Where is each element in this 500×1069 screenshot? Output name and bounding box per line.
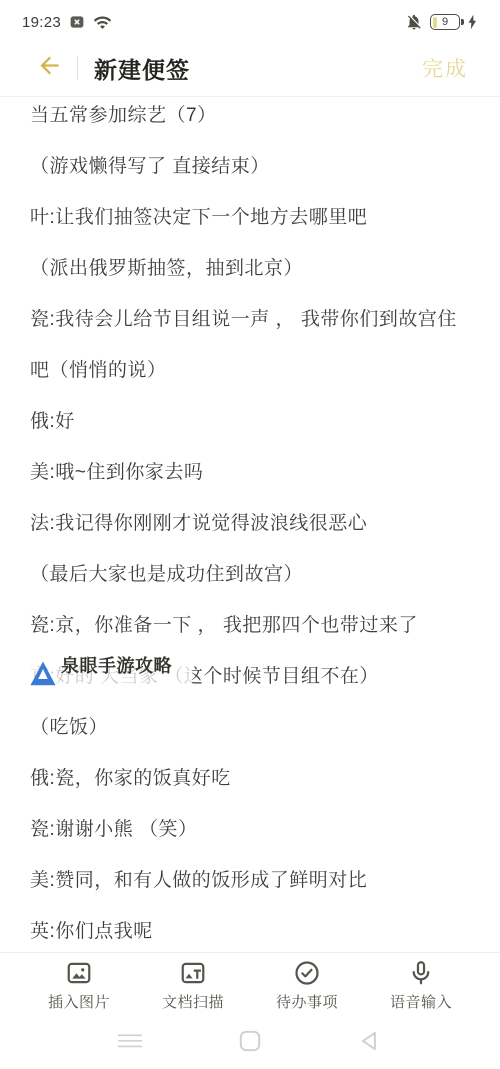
insert-image-icon [65,959,93,987]
editor-toolbar: 插入图片 文档扫描 待办事项 语音输入 [0,952,500,1013]
note-line[interactable]: 瓷:京，你准备一下 ， 我把那四个也带过来了 [30,600,470,651]
note-line[interactable]: 俄:好 [30,396,470,447]
battery-level: 9 [442,17,448,28]
watermark-text: 泉眼手游攻略 [61,652,172,678]
quanyan-logo-icon [28,659,58,694]
note-line[interactable]: 美:哦~住到你家去吗 [30,447,470,498]
tool-label: 待办事项 [276,991,338,1012]
tool-label: 文档扫描 [162,991,224,1012]
voice-input-icon [407,959,435,987]
note-line[interactable]: （最后大家也是成功住到故宫） [30,549,470,600]
clock-time: 19:23 [22,14,61,31]
note-line[interactable]: 吧（悄悄的说） [30,345,470,396]
page-title: 新建便签 [94,52,190,85]
home-icon[interactable] [237,1028,263,1054]
tool-label: 插入图片 [48,991,110,1012]
todo-button[interactable]: 待办事项 [250,959,364,1013]
header-divider [77,56,78,80]
insert-image-button[interactable]: 插入图片 [22,959,136,1013]
charging-bolt-icon [467,14,478,30]
document-scan-icon [179,959,207,987]
battery-icon: 9 [430,14,460,30]
note-header: 新建便签 完成 [0,40,500,97]
notifications-off-icon [405,13,423,31]
note-line[interactable]: 法:我记得你刚刚才说觉得波浪线很恶心 [30,498,470,549]
note-line[interactable]: 俄:瓷，你家的饭真好吃 [30,753,470,804]
android-nav-bar [0,1013,500,1069]
note-line[interactable]: （游戏懒得写了 直接结束） [30,141,470,192]
done-button[interactable]: 完成 [422,53,468,83]
note-line[interactable]: 叶:让我们抽签决定下一个地方去哪里吧 [30,192,470,243]
note-line[interactable]: （派出俄罗斯抽签，抽到北京） [30,243,470,294]
status-bar: 19:23 9 [0,0,500,40]
wifi-icon [93,13,112,32]
note-line[interactable]: 当五常参加综艺（7） [30,90,470,141]
nav-back-icon[interactable] [357,1028,383,1054]
note-line[interactable]: 英:你们点我呢 [30,906,470,952]
tool-label: 语音输入 [390,991,452,1012]
new-note-screen: 19:23 9 新建 [0,0,500,1069]
document-scan-button[interactable]: 文档扫描 [136,959,250,1013]
menu-icon[interactable] [117,1028,143,1054]
watermark: 泉眼手游攻略 [28,648,172,694]
note-line[interactable]: 瓷:谢谢小熊 （笑） [30,804,470,855]
note-line[interactable]: 瓷:我待会儿给节目组说一声 ， 我带你们到故宫住 [30,294,470,345]
back-arrow-icon [36,52,63,84]
note-line[interactable]: 美:赞同，和有人做的饭形成了鲜明对比 [30,855,470,906]
voice-input-button[interactable]: 语音输入 [364,959,478,1013]
note-line[interactable]: （吃饭） [30,702,470,753]
back-button[interactable] [36,52,63,84]
note-editor[interactable]: 当五常参加综艺（7） （游戏懒得写了 直接结束） 叶:让我们抽签决定下一个地方去… [0,90,500,952]
sim-error-icon [68,13,86,31]
todo-icon [293,959,321,987]
